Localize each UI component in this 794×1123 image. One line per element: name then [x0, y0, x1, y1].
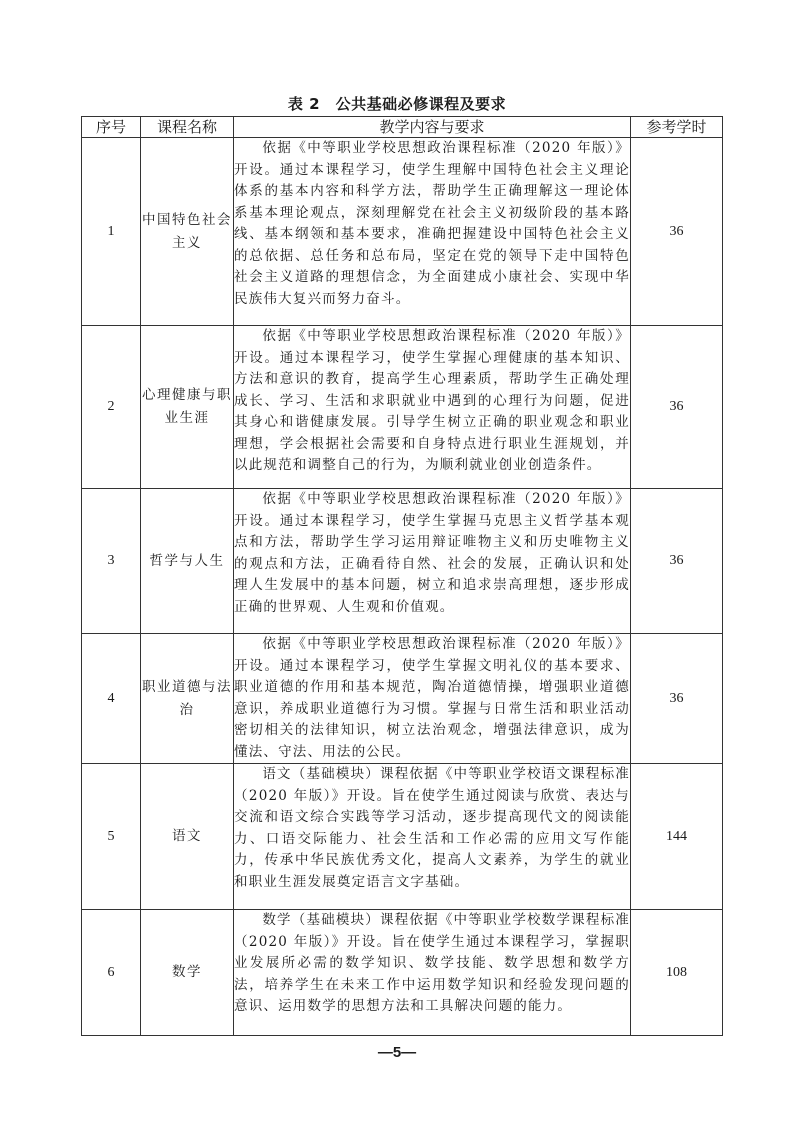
page-number: —5—	[0, 1044, 794, 1061]
course-description: 数学（基础模块）课程依据《中等职业学校数学课程标准（2020 年版）》开设。旨在…	[234, 910, 631, 1036]
table-row: 1 中国特色社会主义 依据《中等职业学校思想政治课程标准（2020 年版）》开设…	[82, 138, 723, 326]
header-number: 序号	[82, 117, 141, 138]
table-row: 4 职业道德与法治 依据《中等职业学校思想政治课程标准（2020 年版）》开设。…	[82, 634, 723, 764]
table-row: 5 语文 语文（基础模块）课程依据《中等职业学校语文课程标准（2020 年版）》…	[82, 764, 723, 910]
table-row: 3 哲学与人生 依据《中等职业学校思想政治课程标准（2020 年版）》开设。通过…	[82, 489, 723, 634]
description-text: 依据《中等职业学校思想政治课程标准（2020 年版）》开设。通过本课程学习，使学…	[234, 138, 630, 310]
header-content-requirements: 教学内容与要求	[234, 117, 631, 138]
reference-hours: 144	[631, 764, 723, 910]
row-number: 5	[82, 764, 141, 910]
reference-hours: 36	[631, 138, 723, 326]
reference-hours: 36	[631, 326, 723, 489]
course-name: 职业道德与法治	[141, 634, 234, 764]
header-course-name: 课程名称	[141, 117, 234, 138]
course-name: 中国特色社会主义	[141, 138, 234, 326]
course-requirements-table: 序号 课程名称 教学内容与要求 参考学时 1 中国特色社会主义 依据《中等职业学…	[81, 116, 723, 1036]
course-name: 哲学与人生	[141, 489, 234, 634]
row-number: 2	[82, 326, 141, 489]
course-description: 依据《中等职业学校思想政治课程标准（2020 年版）》开设。通过本课程学习，使学…	[234, 326, 631, 489]
course-name: 数学	[141, 910, 234, 1036]
description-text: 语文（基础模块）课程依据《中等职业学校语文课程标准（2020 年版）》开设。旨在…	[234, 764, 630, 893]
description-text: 依据《中等职业学校思想政治课程标准（2020 年版）》开设。通过本课程学习，使学…	[234, 634, 630, 763]
row-number: 3	[82, 489, 141, 634]
table-row: 2 心理健康与职业生涯 依据《中等职业学校思想政治课程标准（2020 年版）》开…	[82, 326, 723, 489]
description-text: 依据《中等职业学校思想政治课程标准（2020 年版）》开设。通过本课程学习，使学…	[234, 326, 630, 477]
reference-hours: 36	[631, 489, 723, 634]
header-reference-hours: 参考学时	[631, 117, 723, 138]
course-name: 语文	[141, 764, 234, 910]
reference-hours: 36	[631, 634, 723, 764]
table-caption: 表 2 公共基础必修课程及要求	[0, 93, 794, 114]
course-name: 心理健康与职业生涯	[141, 326, 234, 489]
course-description: 依据《中等职业学校思想政治课程标准（2020 年版）》开设。通过本课程学习，使学…	[234, 634, 631, 764]
table-row: 6 数学 数学（基础模块）课程依据《中等职业学校数学课程标准（2020 年版）》…	[82, 910, 723, 1036]
course-description: 语文（基础模块）课程依据《中等职业学校语文课程标准（2020 年版）》开设。旨在…	[234, 764, 631, 910]
row-number: 6	[82, 910, 141, 1036]
course-description: 依据《中等职业学校思想政治课程标准（2020 年版）》开设。通过本课程学习，使学…	[234, 489, 631, 634]
description-text: 数学（基础模块）课程依据《中等职业学校数学课程标准（2020 年版）》开设。旨在…	[234, 910, 630, 1018]
table-header-row: 序号 课程名称 教学内容与要求 参考学时	[82, 117, 723, 138]
course-description: 依据《中等职业学校思想政治课程标准（2020 年版）》开设。通过本课程学习，使学…	[234, 138, 631, 326]
row-number: 4	[82, 634, 141, 764]
description-text: 依据《中等职业学校思想政治课程标准（2020 年版）》开设。通过本课程学习，使学…	[234, 489, 630, 618]
reference-hours: 108	[631, 910, 723, 1036]
row-number: 1	[82, 138, 141, 326]
